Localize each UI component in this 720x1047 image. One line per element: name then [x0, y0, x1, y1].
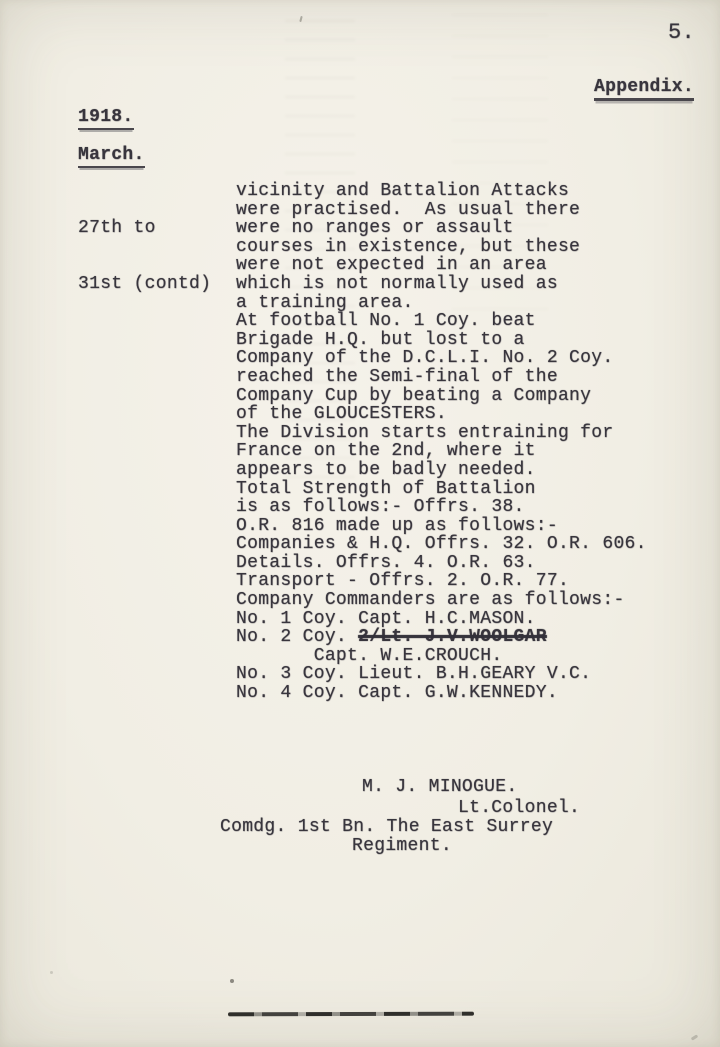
signature-command-line: Regiment. — [352, 837, 452, 856]
body-line: Brigade H.Q. but lost to a — [236, 331, 647, 350]
entry-date-line: 31st (contd) — [78, 275, 211, 294]
body-line: vicinity and Battalion Attacks — [236, 182, 647, 201]
body-line: Details. Offrs. 4. O.R. 63. — [236, 554, 647, 573]
signature-command-line: Comdg. 1st Bn. The East Surrey — [220, 818, 553, 837]
ink-speck — [299, 16, 302, 22]
entry-date-line: 27th to — [78, 219, 211, 238]
body-line: Company Cup by beating a Company — [236, 387, 647, 406]
document-page: 5. Appendix. 1918. March. 27th to 31st (… — [0, 0, 720, 1047]
body-line: were practised. As usual there — [236, 201, 647, 220]
body-line: Company of the D.C.L.I. No. 2 Coy. — [236, 349, 647, 368]
body-line: Capt. W.E.CROUCH. — [236, 647, 647, 666]
body-line: appears to be badly needed. — [236, 461, 647, 480]
body-line: is as follows:- Offrs. 38. — [236, 498, 647, 517]
body-line: Companies & H.Q. Offrs. 32. O.R. 606. — [236, 535, 647, 554]
body-line-prefix: No. 2 Coy. — [236, 627, 358, 647]
ink-speck — [691, 1034, 699, 1040]
body-line: No. 4 Coy. Capt. G.W.KENNEDY. — [236, 684, 647, 703]
page-number: 5. — [668, 24, 695, 43]
bottom-ink-line — [228, 1012, 474, 1017]
month-heading-text: March. — [78, 146, 145, 168]
signature-rank: Lt.Colonel. — [458, 799, 580, 818]
year-heading: 1918. — [78, 108, 134, 130]
body-line: O.R. 816 made up as follows:- — [236, 517, 647, 536]
month-heading: March. — [78, 146, 145, 168]
body-line: The Division starts entraining for — [236, 424, 647, 443]
ink-speck — [50, 971, 53, 974]
year-heading-text: 1918. — [78, 108, 134, 130]
entry-date-range: 27th to 31st (contd) — [78, 182, 211, 331]
body-line: Total Strength of Battalion — [236, 480, 647, 499]
body-line: No. 2 Coy. 2/Lt. J.V.WOOLGAR — [236, 628, 647, 647]
ink-speck — [230, 979, 234, 983]
appendix-heading-text: Appendix. — [594, 78, 694, 101]
body-line: were not expected in an area — [236, 256, 647, 275]
body-line: No. 1 Coy. Capt. H.C.MASON. — [236, 610, 647, 629]
body-line: courses in existence, but these — [236, 238, 647, 257]
signature-name: M. J. MINOGUE. — [362, 778, 517, 797]
appendix-heading: Appendix. — [594, 78, 694, 101]
body-line: Transport - Offrs. 2. O.R. 77. — [236, 572, 647, 591]
body-line: were no ranges or assault — [236, 219, 647, 238]
struck-text: 2/Lt. J.V.WOOLGAR — [358, 627, 547, 647]
body-line: reached the Semi-final of the — [236, 368, 647, 387]
body-line: Company Commanders are as follows:- — [236, 591, 647, 610]
body-line: At football No. 1 Coy. beat — [236, 312, 647, 331]
body-line: which is not normally used as — [236, 275, 647, 294]
body-line: France on the 2nd, where it — [236, 442, 647, 461]
body-lines: vicinity and Battalion Attackswere pract… — [236, 182, 647, 703]
body-line: of the GLOUCESTERS. — [236, 405, 647, 424]
body-line: a training area. — [236, 294, 647, 313]
body-line: No. 3 Coy. Lieut. B.H.GEARY V.C. — [236, 665, 647, 684]
